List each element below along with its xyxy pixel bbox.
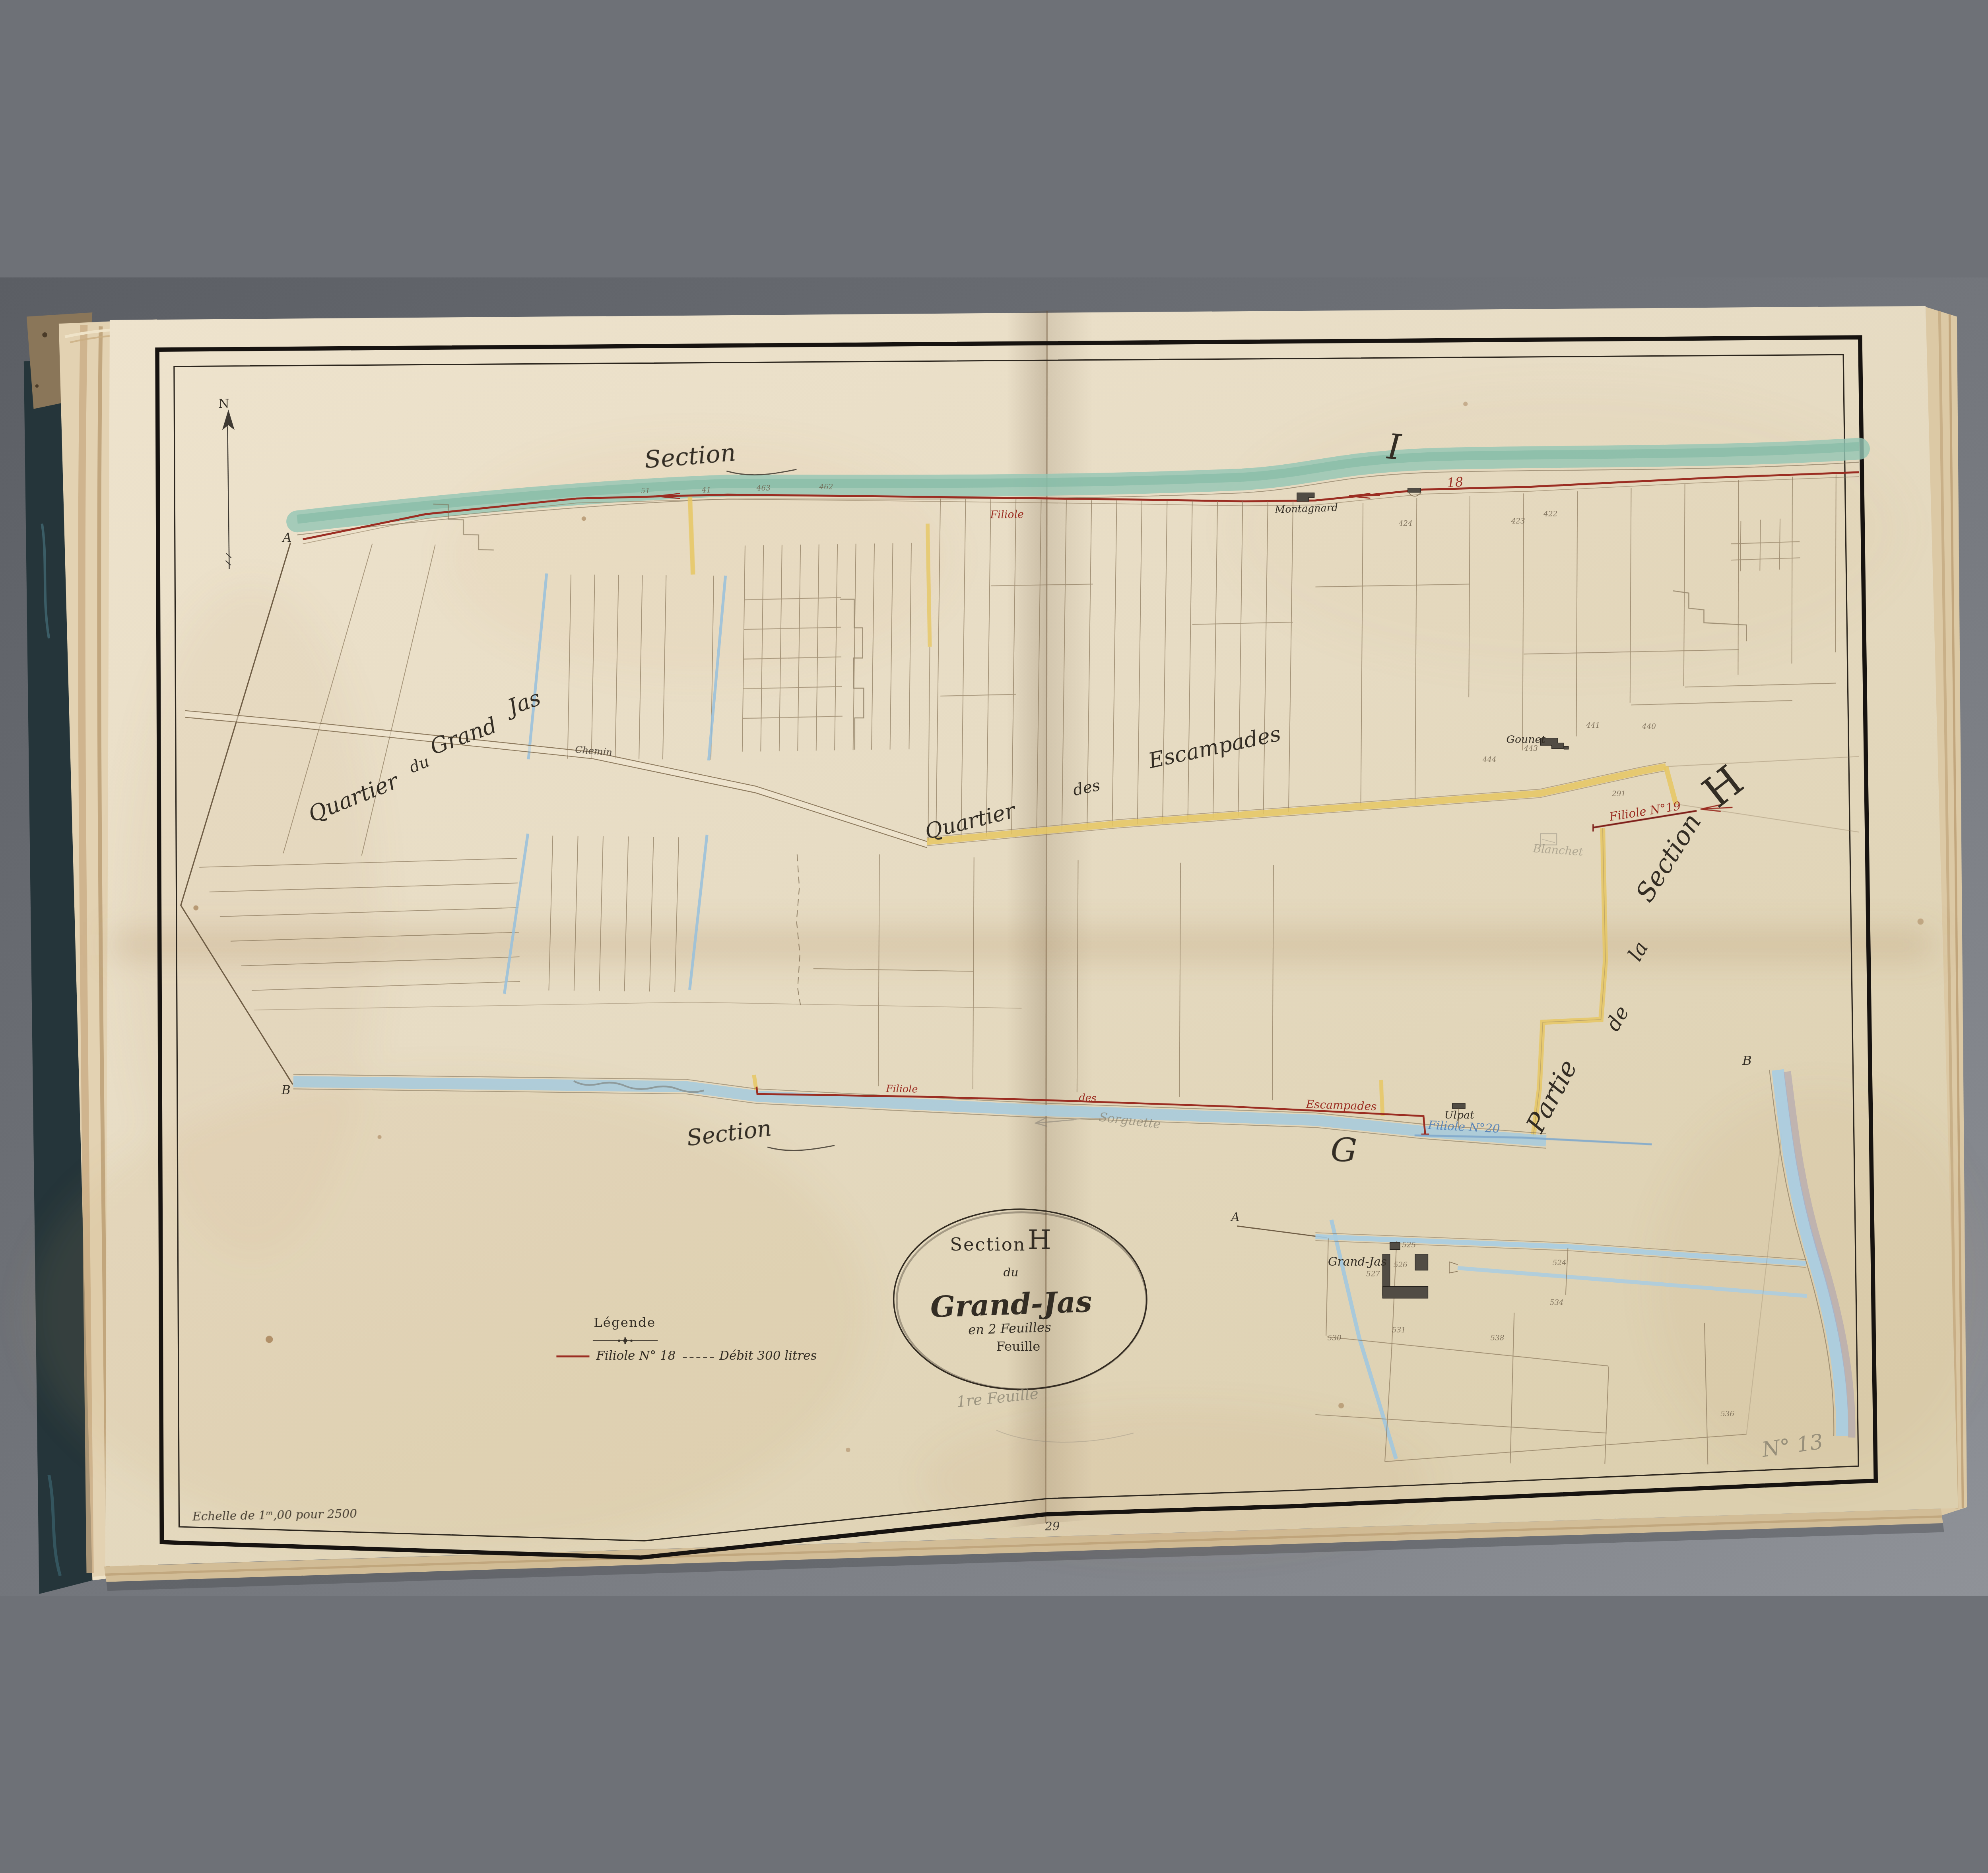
cartouche-line1-letter: H xyxy=(1028,1224,1051,1255)
parcel-number: 424 xyxy=(1398,520,1413,528)
parcel-number: 530 xyxy=(1328,1334,1342,1342)
cartouche-line5: Feuille xyxy=(996,1339,1040,1354)
label-montagnard: Montagnard xyxy=(1274,501,1338,516)
parcel-number: 531 xyxy=(1392,1326,1406,1334)
cartouche-line4: en 2 Feuilles xyxy=(968,1319,1051,1337)
parcel-number: 524 xyxy=(1553,1258,1567,1267)
parcel-number: 463 xyxy=(756,484,771,492)
parcel-number: 443 xyxy=(1524,745,1538,753)
building-ulpat xyxy=(1452,1103,1465,1109)
marker-b-left: B xyxy=(281,1083,291,1097)
legend-title: Légende xyxy=(594,1315,656,1330)
north-label: N xyxy=(219,397,229,411)
parcel-number: 534 xyxy=(1550,1298,1564,1307)
parcel-number: 526 xyxy=(1394,1261,1408,1269)
parcel-number: 291 xyxy=(1611,790,1626,798)
cartouche-line1: Section xyxy=(950,1234,1026,1255)
parcel-number: 440 xyxy=(1642,723,1656,731)
section-bottom-letter: G xyxy=(1330,1130,1358,1170)
label-gounet: Gounet xyxy=(1507,733,1546,746)
filiole-top-label: Filiole xyxy=(990,508,1024,521)
parcel-number: 41 xyxy=(701,486,711,494)
marker-b-right: B xyxy=(1742,1053,1752,1068)
parcel-number: 536 xyxy=(1720,1410,1734,1418)
atlas-photo: N Section I Section G Partie de la Secti… xyxy=(0,277,1988,1596)
filiole-bottom-word-1: des xyxy=(1079,1091,1097,1104)
parcel-number: 422 xyxy=(1543,510,1557,518)
parcel-number: 444 xyxy=(1482,756,1497,764)
parcel-number: 441 xyxy=(1586,721,1600,730)
marker-a-left: A xyxy=(282,530,291,545)
parcel-number: 423 xyxy=(1511,517,1525,525)
label-grand-jas-farm: Grand-Jas xyxy=(1328,1255,1387,1268)
scale-note: Echelle de 1ᵐ,00 pour 2500 xyxy=(192,1507,357,1523)
legend-item-value: Débit 300 litres xyxy=(719,1348,817,1363)
parcel-number: 527 xyxy=(1366,1270,1380,1278)
filiole-bottom-label: Filiole xyxy=(885,1082,918,1095)
label-ulpat: Ulpat xyxy=(1444,1109,1474,1121)
cartouche-line3: Grand-Jas xyxy=(930,1284,1092,1324)
parcel-number: 525 xyxy=(1402,1241,1416,1249)
cadastral-map-scan: N Section I Section G Partie de la Secti… xyxy=(0,277,1988,1596)
parcel-number: 462 xyxy=(819,483,833,491)
filiole-bottom-word-2: Escampades xyxy=(1305,1097,1377,1113)
parcel-number: 51 xyxy=(641,487,650,495)
filiole-top-number: 18 xyxy=(1446,474,1464,491)
page-number: 29 xyxy=(1044,1520,1060,1533)
building-small-top xyxy=(1408,488,1421,492)
parcel-number: 538 xyxy=(1491,1334,1505,1342)
marker-a-inset: A xyxy=(1230,1210,1239,1223)
cartouche-line2: du xyxy=(1004,1266,1019,1279)
legend-item-label: Filiole N° 18 xyxy=(596,1348,676,1363)
